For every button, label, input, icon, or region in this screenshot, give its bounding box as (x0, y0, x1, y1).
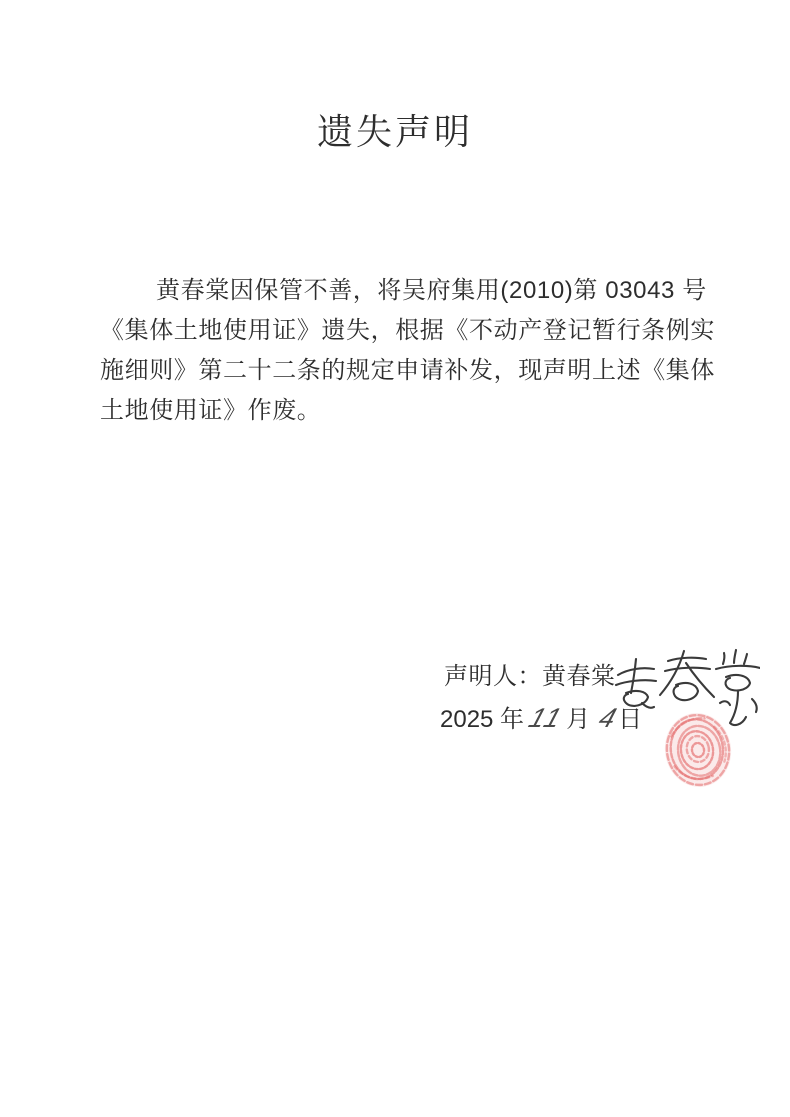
body-line-2: 《集体土地使用证》遗失，根据《不动产登记暂行条例实 (100, 311, 700, 351)
document-title: 遗失声明 (0, 104, 790, 155)
body-line-3: 施细则》第二十二条的规定申请补发，现声明上述《集体 (100, 351, 700, 391)
date-year: 2025 年 (440, 703, 524, 737)
body-line-4: 土地使用证》作废。 (100, 391, 700, 431)
declaration-document-page: 遗失声明 黄春棠因保管不善，将吴府集用(2010)第 03043 号 《集体土地… (0, 0, 790, 1117)
date-month-unit: 月 (566, 703, 590, 737)
handwritten-month-value: 11 (525, 701, 568, 735)
body-line-1: 黄春棠因保管不善，将吴府集用(2010)第 03043 号 (100, 271, 700, 311)
handwritten-signature (612, 645, 760, 730)
declarant-name-line: 声明人：黄春棠 (444, 661, 616, 693)
declaration-body-paragraph: 黄春棠因保管不善，将吴府集用(2010)第 03043 号 《集体土地使用证》遗… (100, 271, 700, 431)
